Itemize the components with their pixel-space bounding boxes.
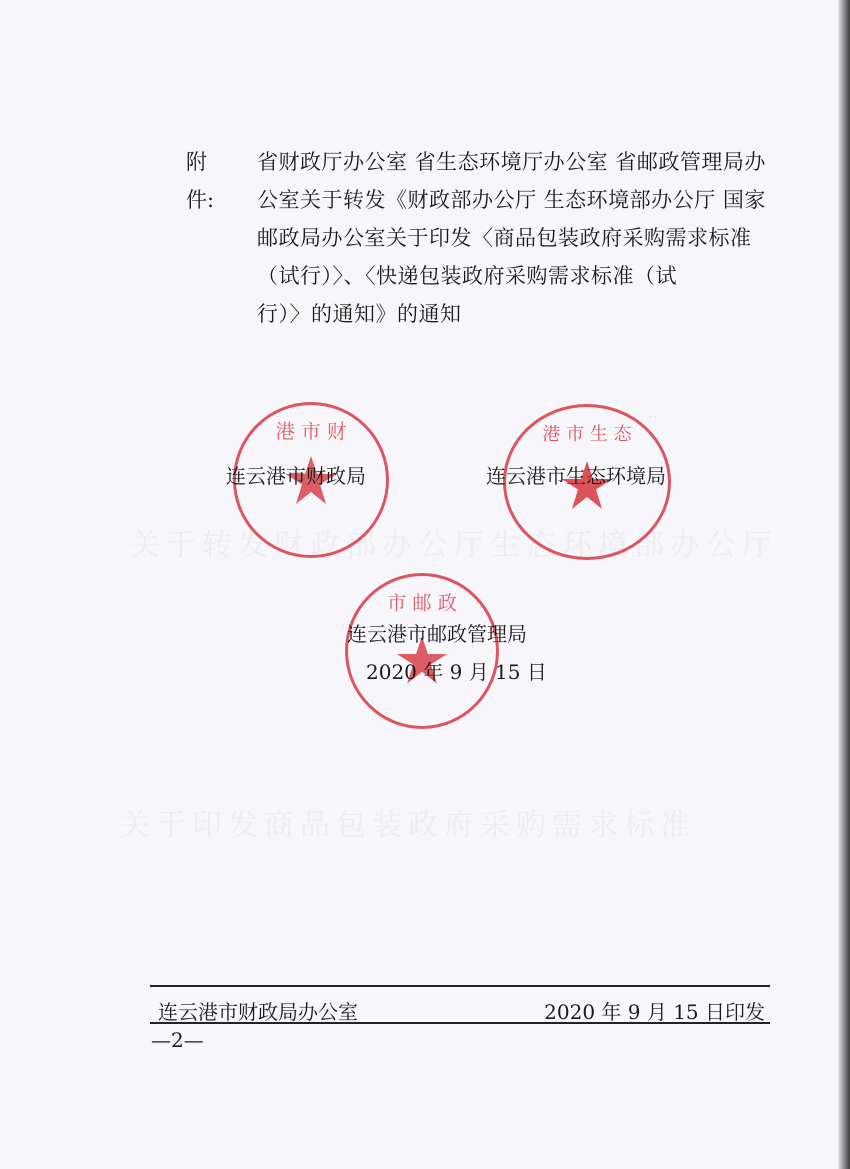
attachment-line: （试行）〉、〈快递包装政府采购需求标准（试 <box>257 257 777 295</box>
attachment-label: 附件: <box>186 143 214 219</box>
attachment-title: 省财政厅办公室 省生态环境厅办公室 省邮政管理局办 公室关于转发《财政部办公厅 … <box>257 143 777 333</box>
signatory-finance: 连云港市财政局 <box>226 460 366 489</box>
seal-arc-text: 港 市 财 <box>276 420 347 443</box>
footer-bottom-rule <box>150 1022 770 1024</box>
signatory-ecology: 连云港市生态环境局 <box>486 460 666 489</box>
page-number: —2— <box>151 1028 204 1052</box>
attachment-line: 行）〉的通知》的通知 <box>257 295 777 333</box>
star-icon: 市 邮 政 <box>348 576 496 726</box>
seal-arc-text: 市 邮 政 <box>387 592 457 615</box>
footer-top-rule <box>150 985 770 987</box>
attachment-line: 公室关于转发《财政部办公厅 生态环境部办公厅 国家 <box>257 181 777 219</box>
attachment-line: 省财政厅办公室 省生态环境厅办公室 省邮政管理局办 <box>257 143 777 181</box>
bleed-through-text: 关于转发财政部办公厅生态环境部办公厅 <box>130 520 778 564</box>
footer-issuer: 连云港市财政局办公室 <box>158 996 358 1025</box>
signatory-postal: 连云港市邮政管理局 <box>347 618 527 647</box>
seal-arc-text: 港 市 生 态 <box>542 424 632 445</box>
scan-page-edge <box>838 0 850 1169</box>
postal-bureau-seal: 市 邮 政 <box>345 573 499 729</box>
attachment-line: 邮政局办公室关于印发〈商品包装政府采购需求标准 <box>257 219 777 257</box>
signing-date: 2020 年 9 月 15 日 <box>366 656 547 685</box>
bleed-through-text: 关于印发商品包装政府采购需求标准 <box>120 800 696 844</box>
footer-print-date: 2020 年 9 月 15 日印发 <box>544 996 765 1025</box>
